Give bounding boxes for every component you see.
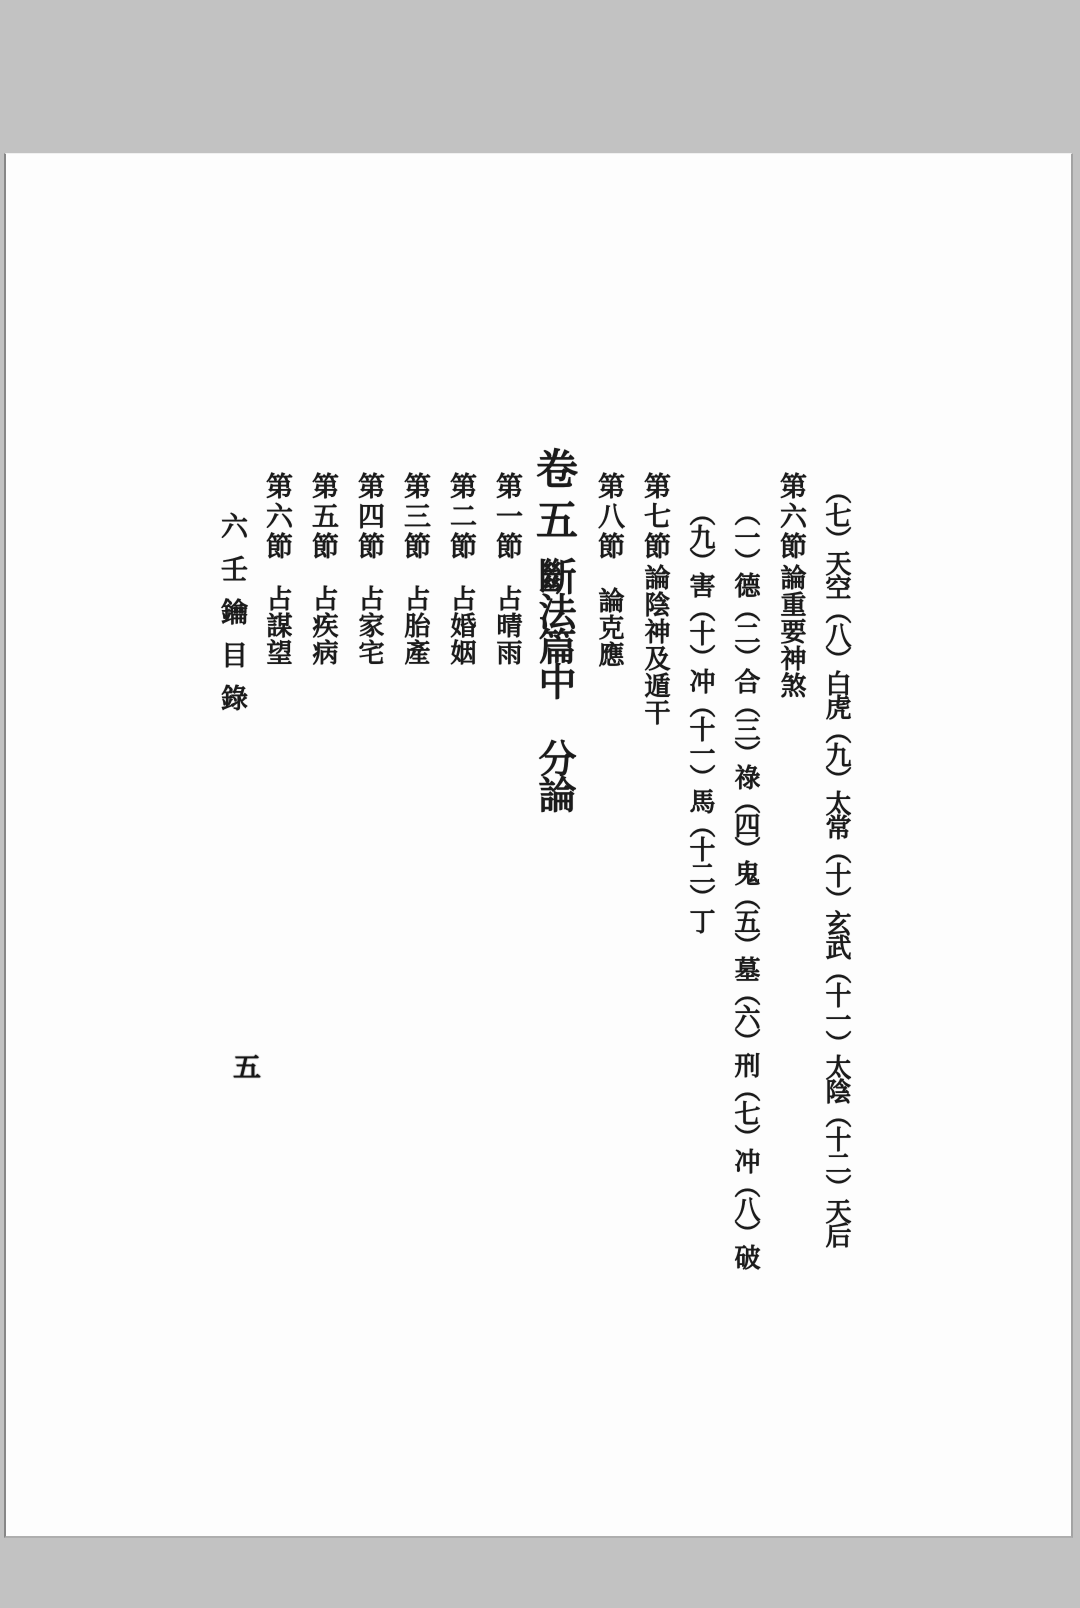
toc-vertical-text: （七）天空（八）白虎（九）太常（十）玄武（十一）太陰（十二）天后 第六節論重要神… [218,447,850,1279]
book-page: （七）天空（八）白虎（九）太常（十）玄武（十一）太陰（十二）天后 第六節論重要神… [4,153,1073,1538]
section-label: 第四節 [354,472,384,562]
section-label: 第六節 [776,472,806,562]
section-title: 論陰神及遁干 [641,564,670,726]
toc-list-shensha-1-8: （一）德（二）合（三）祿（四）鬼（五）墓（六）刑（七）冲（八）破 [732,447,759,1279]
book-title-text: 六壬鑰目錄 [217,512,247,727]
toc-section-7-yinshen: 第七節論陰神及遁干 [641,447,669,1279]
toc-list-text: （七）天空（八）白虎（九）太常（十）玄武（十一）太陰（十二）天后 [822,478,851,1246]
section-label: 第三節 [400,472,430,562]
page-number: 五 [233,1047,261,1085]
section-title: 占謀望 [263,585,292,666]
toc-list-tianjiang-7-12: （七）天空（八）白虎（九）太常（十）玄武（十一）太陰（十二）天后 [823,447,850,1279]
scan-background: （七）天空（八）白虎（九）太常（十）玄武（十一）太陰（十二）天后 第六節論重要神… [0,0,1080,1608]
volume-label: 卷五 [530,447,576,549]
toc-section-5-jibing: 第五節占疾病 [309,447,337,1279]
section-label: 第八節 [594,472,624,562]
toc-list-text: （九）害（十）冲（十一）馬（十二）丁 [686,500,715,932]
section-title: 占家宅 [355,585,384,666]
toc-section-3-taichan: 第三節占胎產 [401,447,429,1279]
section-title: 論重要神煞 [777,564,806,699]
toc-section-4-jiazhai: 第四節占家宅 [355,447,383,1279]
toc-list-shensha-9-12: （九）害（十）冲（十一）馬（十二）丁 [687,447,714,1279]
toc-section-6-shensha: 第六節論重要神煞 [777,447,805,1279]
section-label: 第一節 [492,472,522,562]
section-label: 第二節 [446,472,476,562]
section-title: 占婚姻 [447,585,476,666]
toc-section-8-keying: 第八節論克應 [595,447,623,1279]
toc-section-2-hunyin: 第二節占婚姻 [447,447,475,1279]
section-label: 第五節 [308,472,338,562]
section-title: 占疾病 [309,585,338,666]
section-label: 第六節 [262,472,292,562]
volume-subtitle: 分論 [532,739,574,811]
section-title: 論克應 [595,587,624,668]
book-title-running-head: 六壬鑰目錄 [218,447,245,1279]
toc-section-6-mouwang: 第六節占謀望 [263,447,291,1279]
section-label: 第七節 [640,472,670,562]
section-title: 占晴雨 [493,585,522,666]
section-title: 占胎產 [401,585,430,666]
toc-list-text: （一）德（二）合（三）祿（四）鬼（五）墓（六）刑（七）冲（八）破 [731,500,760,1268]
volume-title: 斷法篇中 [532,557,574,697]
toc-section-1-qingyu: 第一節占晴雨 [493,447,521,1279]
toc-volume-5-heading: 卷五斷法篇中分論 [529,447,577,1279]
